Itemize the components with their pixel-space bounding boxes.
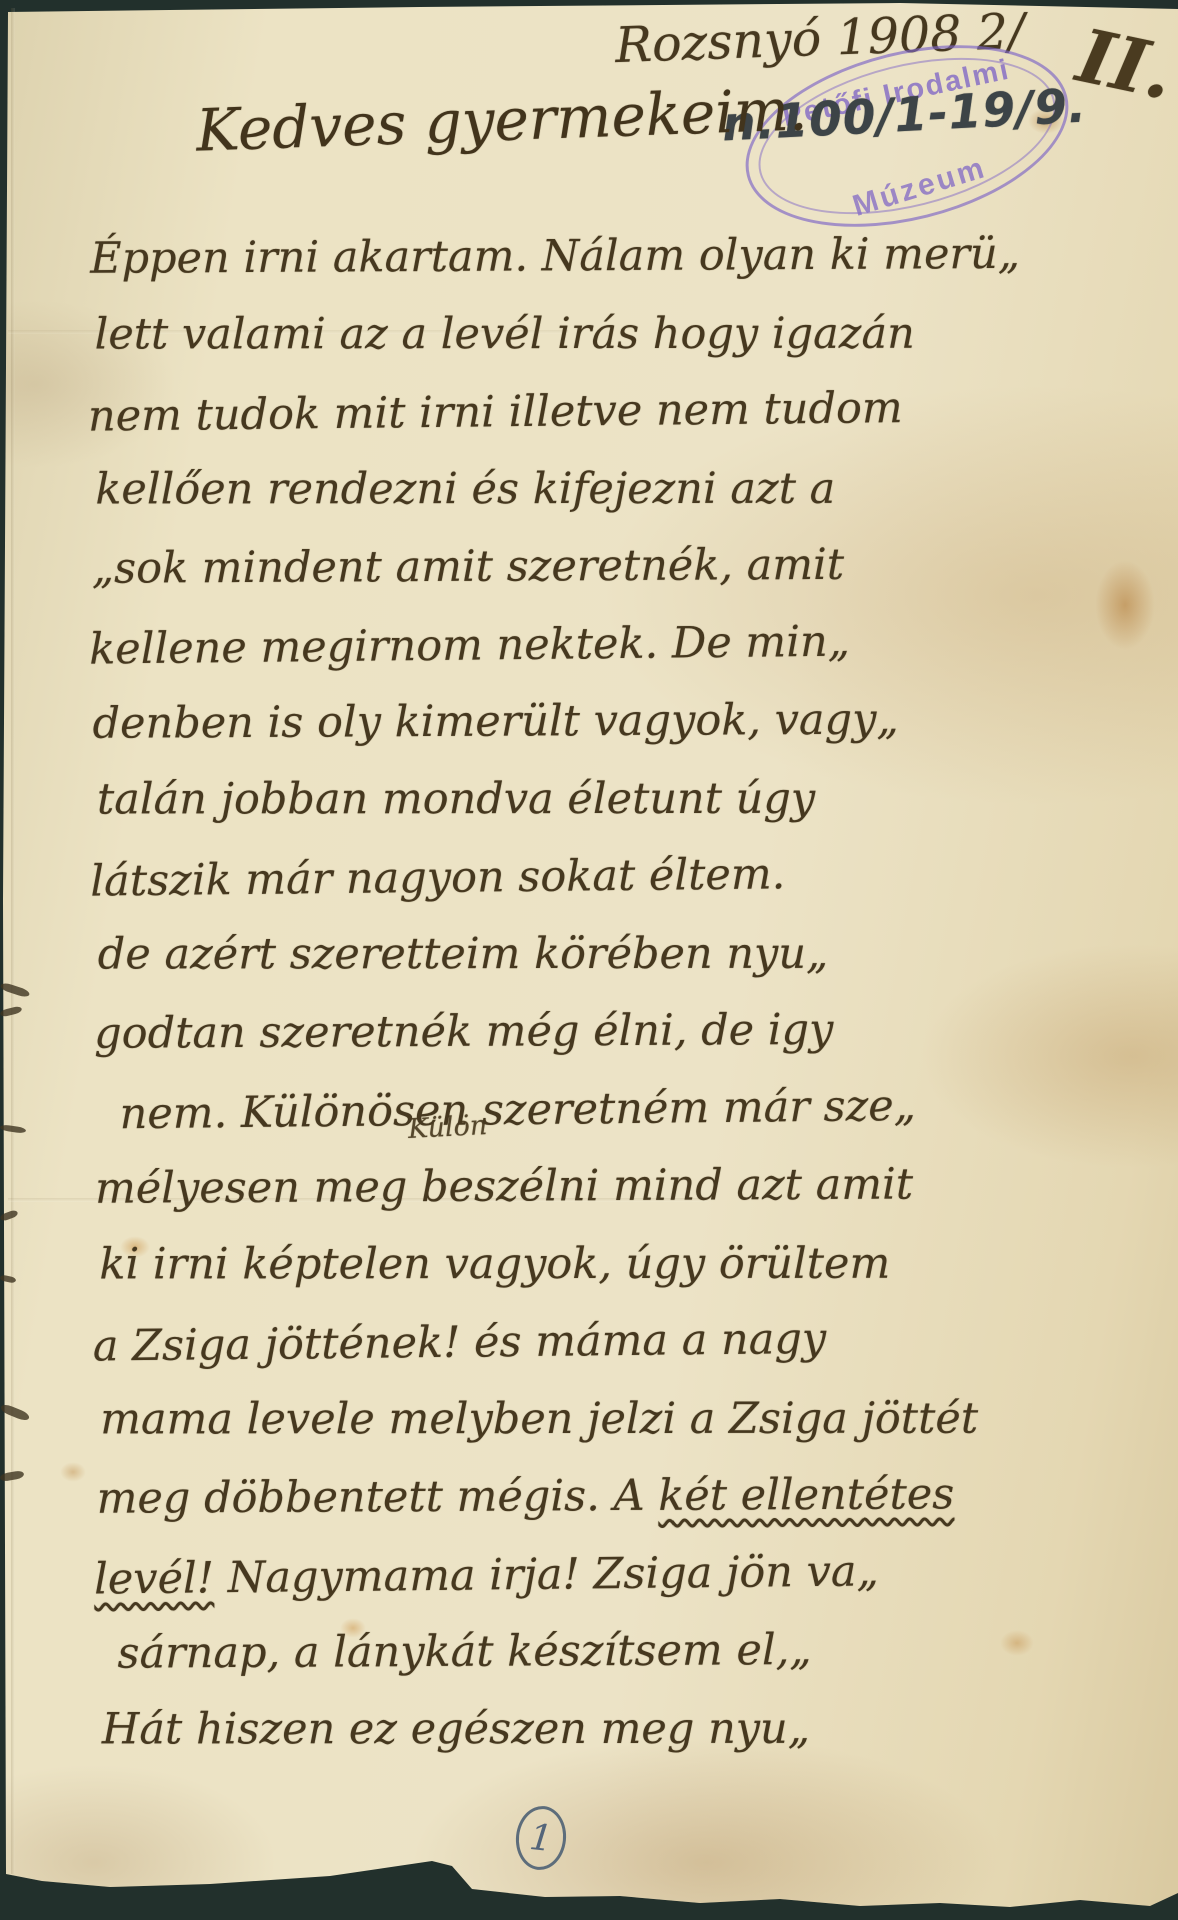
letter-text: látszik már nagyon sokat éltem. bbox=[90, 849, 785, 906]
letter-text: ki irni képtelen vagyok, úgy örültem bbox=[99, 1238, 890, 1289]
letter-text: mama levele melyben jelzi a Zsiga jöttét bbox=[100, 1393, 978, 1444]
letter-text: Hát hiszen ez egészen meg nyu„ bbox=[102, 1703, 810, 1754]
letter-text: lett valami az a levél irás hogy igazán bbox=[95, 308, 915, 359]
letter-text: Nagymama irja! Zsiga jön va„ bbox=[214, 1546, 879, 1603]
letter-text: denben is oly kimerült vagyok, vagy„ bbox=[92, 695, 898, 749]
letter-text: de azért szeretteim körében nyu„ bbox=[98, 928, 829, 979]
letter-line: denben is oly kimerült vagyok, vagy„ bbox=[92, 680, 1152, 763]
letter-line: Hát hiszen ez egészen meg nyu„ bbox=[102, 1690, 1162, 1768]
letter-line: látszik már nagyon sokat éltem. bbox=[90, 832, 1151, 921]
letter-line: kellene megirnom nektek. De min„ bbox=[89, 600, 1150, 689]
letter-line: nem tudok mit irni illetve nem tudom bbox=[88, 367, 1149, 456]
letter-line: a Zsiga jöttének! és máma a nagy bbox=[92, 1297, 1153, 1386]
letter-line: de azért szeretteim körében nyu„ bbox=[98, 915, 1158, 993]
letter-text: kellene megirnom nektek. De min„ bbox=[89, 616, 850, 674]
letter-body: Éppen irni akartam. Nálam olyan ki merü„… bbox=[90, 215, 1158, 1771]
letter-text: nem tudok mit irni illetve nem tudom bbox=[88, 383, 903, 442]
letter-text: Éppen irni akartam. Nálam olyan ki merü„ bbox=[90, 229, 1020, 284]
letter-line: lett valami az a levél irás hogy igazán bbox=[95, 295, 1155, 373]
letter-text: godtan szeretnék még élni, de igy bbox=[94, 1005, 833, 1059]
letter-line: mama levele melyben jelzi a Zsiga jöttét bbox=[100, 1380, 1160, 1458]
underlined-text: levél! bbox=[94, 1553, 215, 1604]
letter-line: Éppen irni akartam. Nálam olyan ki merü„ bbox=[90, 215, 1150, 298]
letter-line: „sok mindent amit szeretnék, amit bbox=[92, 525, 1152, 608]
letter-line: sárnap, a lánykát készítsem el,„ bbox=[97, 1610, 1157, 1693]
letter-photo: { "page": { "background_color": "#22302c… bbox=[0, 0, 1178, 1920]
letter-line: mélyesen meg beszélni mind azt amit bbox=[95, 1145, 1155, 1228]
fold-crease-vertical bbox=[11, 8, 15, 1874]
page-number: 1 bbox=[527, 1816, 554, 1859]
letter-text: nem. Különösen szeretném már sze„ bbox=[119, 1080, 916, 1138]
letter-line: meg döbbentett mégis. A két ellentétes bbox=[96, 1455, 1156, 1538]
letter-line: kellően rendezni és kifejezni azt a bbox=[95, 450, 1155, 528]
letter-line: godtan szeretnék még élni, de igy bbox=[94, 990, 1154, 1073]
letter-text: „sok mindent amit szeretnék, amit bbox=[92, 540, 845, 594]
letter-text: kellően rendezni és kifejezni azt a bbox=[95, 463, 835, 514]
letter-text: meg döbbentett mégis. A bbox=[97, 1471, 659, 1524]
letter-text: talán jobban mondva életunt úgy bbox=[97, 773, 815, 824]
letter-text: a Zsiga jöttének! és máma a nagy bbox=[93, 1314, 827, 1372]
letter-line: nem. Különösen szeretném már sze„ bbox=[91, 1065, 1152, 1154]
letter-text: mélyesen meg beszélni mind azt amit bbox=[95, 1159, 913, 1213]
letter-line: ki irni képtelen vagyok, úgy örültem bbox=[99, 1225, 1159, 1303]
underlined-text: két ellentétes bbox=[658, 1469, 954, 1521]
letter-text: sárnap, a lánykát készítsem el,„ bbox=[117, 1625, 811, 1679]
letter-line: levél! Nagymama irja! Zsiga jön va„ bbox=[94, 1530, 1155, 1619]
letter-line: talán jobban mondva életunt úgy bbox=[97, 760, 1157, 838]
